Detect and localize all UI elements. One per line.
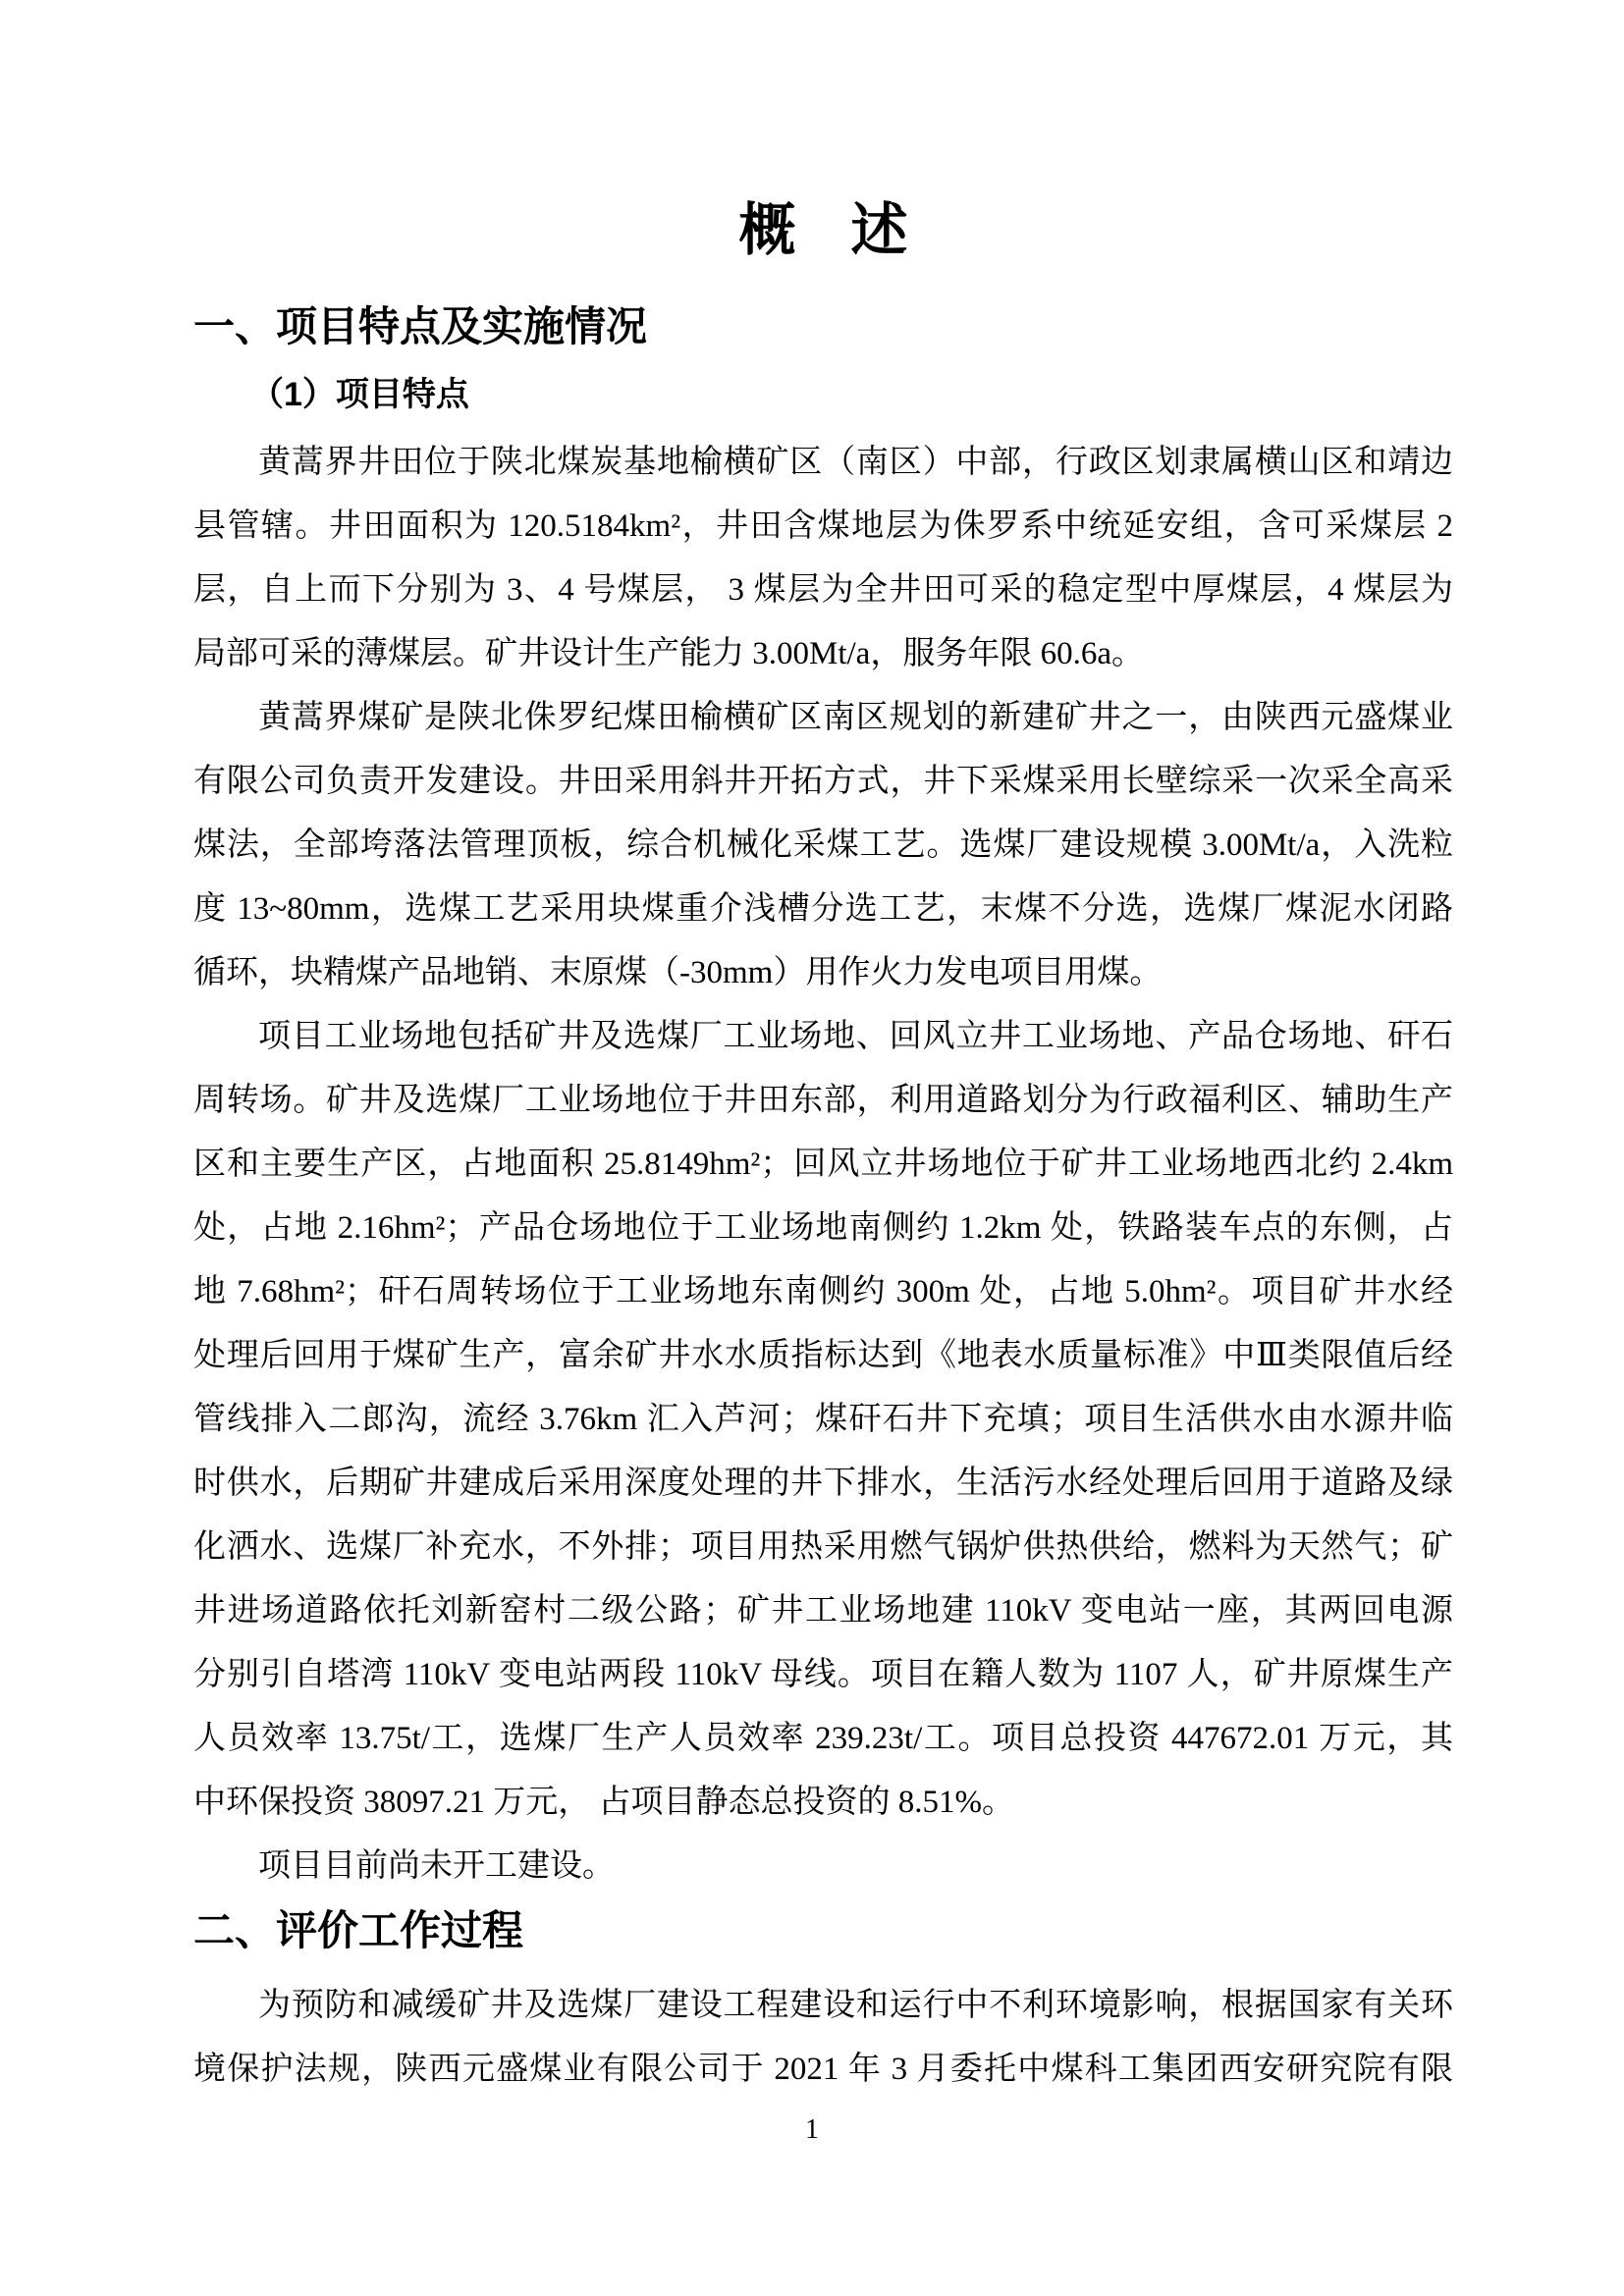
text-line: 分别引自塔湾 110kV 变电站两段 110kV 母线。项目在籍人数为 1107…	[193, 1643, 1453, 1707]
text-line: 人员效率 13.75t/工，选煤厂生产人员效率 239.23t/工。项目总投资 …	[193, 1707, 1453, 1771]
text-line: 度 13~80mm，选煤工艺采用块煤重介浅槽分选工艺，末煤不分选，选煤厂煤泥水闭…	[193, 878, 1453, 941]
text-line: 有限公司负责开发建设。井田采用斜井开拓方式，井下采煤采用长壁综采一次采全高采	[193, 750, 1453, 814]
text-line: 处理后回用于煤矿生产，富余矿井水水质指标达到《地表水质量标准》中Ⅲ类限值后经	[193, 1324, 1453, 1388]
text-line: 周转场。矿井及选煤厂工业场地位于井田东部，利用道路划分为行政福利区、辅助生产	[193, 1069, 1453, 1133]
document-content: 概 述 一、项目特点及实施情况 （1）项目特点 黄蒿界井田位于陕北煤炭基地榆横矿…	[193, 0, 1453, 2102]
text-line: 层，自上而下分别为 3、4 号煤层， 3 煤层为全井田可采的稳定型中厚煤层，4 …	[193, 559, 1453, 622]
text-line: 县管辖。井田面积为 120.5184km²，井田含煤地层为侏罗系中统延安组，含可…	[193, 495, 1453, 559]
text-line: 区和主要生产区，占地面积 25.8149hm²；回风立井场地位于矿井工业场地西北…	[193, 1133, 1453, 1197]
section-heading-2: 二、评价工作过程	[193, 1904, 1453, 1957]
text-line: 处，占地 2.16hm²；产品仓场地位于工业场地南侧约 1.2km 处，铁路装车…	[193, 1197, 1453, 1260]
text-line: 井进场道路依托刘新窑村二级公路；矿井工业场地建 110kV 变电站一座，其两回电…	[193, 1579, 1453, 1643]
text-line: 煤法，全部垮落法管理顶板，综合机械化采煤工艺。选煤厂建设规模 3.00Mt/a，…	[193, 814, 1453, 878]
text-line: 管线排入二郎沟，流经 3.76km 汇入芦河；煤矸石井下充填；项目生活供水由水源…	[193, 1388, 1453, 1452]
text-line: 项目目前尚未开工建设。	[193, 1835, 1453, 1898]
text-line: 时供水，后期矿井建成后采用深度处理的井下排水，生活污水经处理后回用于道路及绿	[193, 1452, 1453, 1516]
document-title: 概 述	[193, 201, 1453, 260]
text-line: 地 7.68hm²；矸石周转场位于工业场地东南侧约 300m 处，占地 5.0h…	[193, 1260, 1453, 1324]
paragraph-mine-construction: 黄蒿界煤矿是陕北侏罗纪煤田榆横矿区南区规划的新建矿井之一，由陕西元盛煤业有限公司…	[193, 686, 1453, 1005]
text-line: 局部可采的薄煤层。矿井设计生产能力 3.00Mt/a，服务年限 60.6a。	[193, 622, 1453, 686]
paragraph-construction-status: 项目目前尚未开工建设。	[193, 1835, 1453, 1898]
paragraph-industrial-sites: 项目工业场地包括矿井及选煤厂工业场地、回风立井工业场地、产品仓场地、矸石周转场。…	[193, 1005, 1453, 1835]
text-line: 项目工业场地包括矿井及选煤厂工业场地、回风立井工业场地、产品仓场地、矸石	[193, 1005, 1453, 1069]
text-line: 黄蒿界井田位于陕北煤炭基地榆横矿区（南区）中部，行政区划隶属横山区和靖边	[193, 431, 1453, 495]
paragraph-project-location: 黄蒿界井田位于陕北煤炭基地榆横矿区（南区）中部，行政区划隶属横山区和靖边县管辖。…	[193, 431, 1453, 686]
page-number: 1	[0, 2112, 1624, 2148]
paragraph-evaluation-process: 为预防和减缓矿井及选煤厂建设工程建设和运行中不利环境影响，根据国家有关环境保护法…	[193, 1974, 1453, 2102]
text-line: 化洒水、选煤厂补充水，不外排；项目用热采用燃气锅炉供热供给，燃料为天然气；矿	[193, 1516, 1453, 1579]
text-line: 黄蒿界煤矿是陕北侏罗纪煤田榆横矿区南区规划的新建矿井之一，由陕西元盛煤业	[193, 686, 1453, 750]
document-page: 概 述 一、项目特点及实施情况 （1）项目特点 黄蒿界井田位于陕北煤炭基地榆横矿…	[0, 0, 1624, 2296]
section-heading-1: 一、项目特点及实施情况	[193, 300, 1453, 353]
text-line: 循环，块精煤产品地销、末原煤（-30mm）用作火力发电项目用煤。	[193, 941, 1453, 1005]
text-line: 境保护法规，陕西元盛煤业有限公司于 2021 年 3 月委托中煤科工集团西安研究…	[193, 2038, 1453, 2102]
text-line: 为预防和减缓矿井及选煤厂建设工程建设和运行中不利环境影响，根据国家有关环	[193, 1974, 1453, 2038]
text-line: 中环保投资 38097.21 万元， 占项目静态总投资的 8.51%。	[193, 1771, 1453, 1835]
subsection-heading-1: （1）项目特点	[250, 373, 1453, 416]
